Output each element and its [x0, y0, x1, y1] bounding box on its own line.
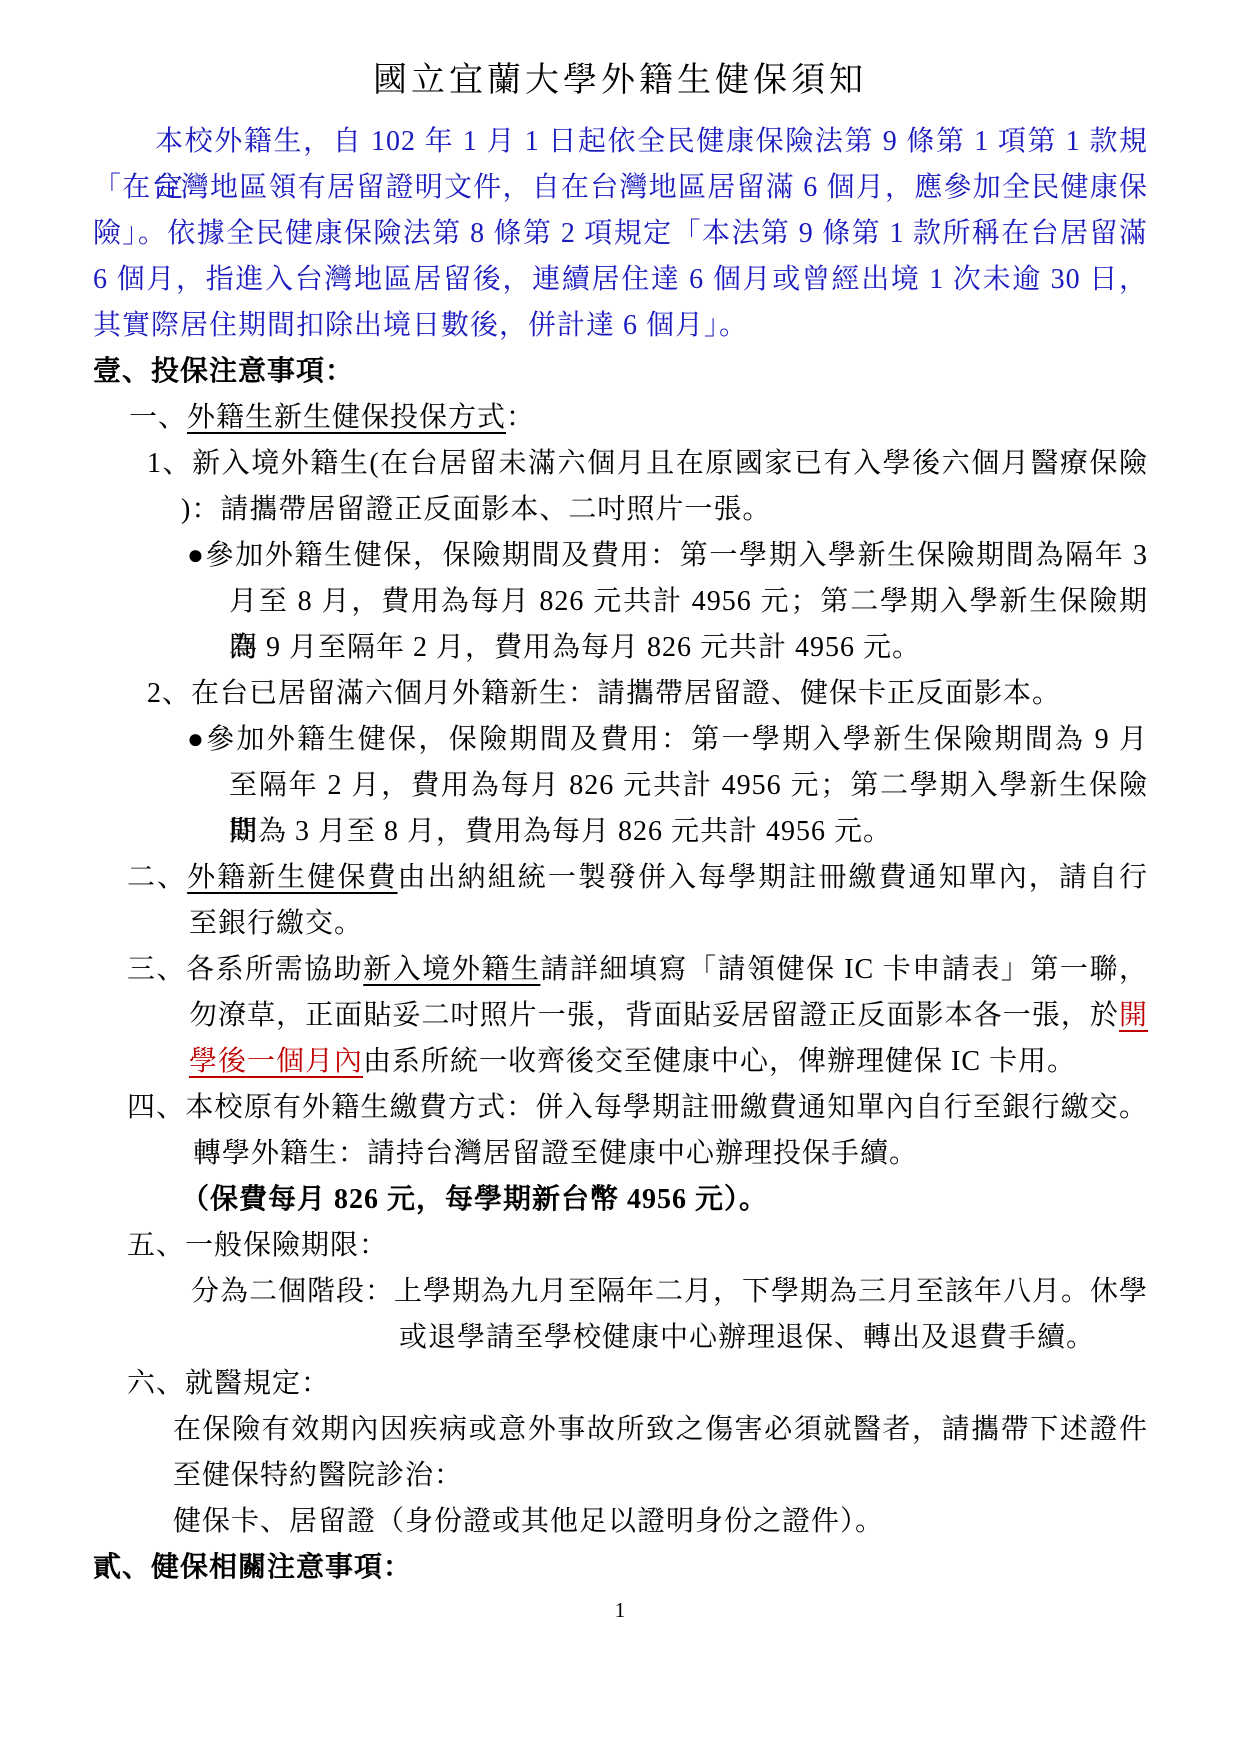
item-5-line-1: 分為二個階段：上學期為九月至隔年二月，下學期為三月至該年八月。休學: [93, 1269, 1148, 1315]
text-segment: 其實際居住期間扣除出境日數後，併計達 6 個月」。: [93, 310, 748, 341]
text-segment: 二、: [127, 862, 187, 893]
page-title: 國立宜蘭大學外籍生健保須知: [0, 52, 1240, 101]
intro-line-1: 本校外籍生，自 102 年 1 月 1 日起依全民健康保險法第 9 條第 1 項…: [93, 119, 1148, 165]
text-segment: 由系所統一收齊後交至健康中心，俾辦理健保 IC 卡用。: [363, 1046, 1076, 1077]
text-segment: 六、就醫規定：: [127, 1368, 330, 1399]
intro-line-4: 6 個月，指進入台灣地區居留後，連續居住達 6 個月或曾經出境 1 次未逾 30…: [93, 257, 1148, 303]
text-segment: 請詳細填寫「請領健保 IC 卡申請表」第一聯，: [540, 954, 1148, 985]
item-1-1-bullet-line-1: ●參加外籍生健保，保險期間及費用：第一學期入學新生保險期間為隔年 3: [93, 533, 1148, 579]
item-4-line-1: 四、本校原有外籍生繳費方式：併入每學期註冊繳費通知單內自行至銀行繳交。: [93, 1085, 1148, 1131]
text-segment: 6 個月，指進入台灣地區居留後，連續居住達 6 個月或曾經出境 1 次未逾 30…: [93, 264, 1148, 295]
text-segment: 四、本校原有外籍生繳費方式：併入每學期註冊繳費通知單內自行至銀行繳交。: [127, 1092, 1148, 1123]
intro-line-3: 險」。依據全民健康保險法第 8 條第 2 項規定「本法第 9 條第 1 款所稱在…: [93, 211, 1148, 257]
text-segment: ●參加外籍生健保，保險期間及費用：第一學期入學新生保險期間為隔年 3: [187, 540, 1148, 571]
item-2-line-2: 至銀行繳交。: [93, 901, 1148, 947]
document-lines: 本校外籍生，自 102 年 1 月 1 日起依全民健康保險法第 9 條第 1 項…: [93, 119, 1148, 1591]
text-segment: 至銀行繳交。: [189, 908, 363, 939]
item-3-line-2: 勿潦草，正面貼妥二吋照片一張，背面貼妥居留證正反面影本各一張，於開: [93, 993, 1148, 1039]
text-segment: 1、新入境外籍生(在台居留未滿六個月且在原國家已有入學後六個月醫療保險: [147, 448, 1148, 479]
text-segment: （保費每月 826 元，每學期新台幣 4956 元）。: [181, 1184, 768, 1215]
item-1-2-line-1: 2、在台已居留滿六個月外籍新生：請攜帶居留證、健保卡正反面影本。: [93, 671, 1148, 717]
item-6-line-2: 至健保特約醫院診治：: [93, 1453, 1148, 1499]
text-segment: 在保險有效期內因疾病或意外事故所致之傷害必須就醫者，請攜帶下述證件: [173, 1414, 1148, 1445]
text-segment: 間為 3 月至 8 月，費用為每月 826 元共計 4956 元。: [229, 816, 892, 847]
text-segment: 或退學請至學校健康中心辦理退保、轉出及退費手續。: [399, 1322, 1095, 1353]
text-segment: ：: [506, 402, 535, 433]
intro-line-5: 其實際居住期間扣除出境日數後，併計達 6 個月」。: [93, 303, 1148, 349]
text-segment: 險」。依據全民健康保險法第 8 條第 2 項規定「本法第 9 條第 1 款所稱在…: [93, 218, 1148, 249]
text-segment: 外籍生新生健保投保方式: [187, 402, 506, 433]
text-segment: 貳、健保相關注意事項：: [93, 1552, 412, 1583]
text-segment: )：請攜帶居留證正反面影本、二吋照片一張。: [181, 494, 771, 525]
item-1-2-bullet-line-2: 至隔年 2 月，費用為每月 826 元共計 4956 元；第二學期入學新生保險期: [93, 763, 1148, 809]
item-1-header: 一、外籍生新生健保投保方式：: [93, 395, 1148, 441]
text-segment: 五、一般保險期限：: [127, 1230, 388, 1261]
section-1-header: 壹、投保注意事項：: [93, 349, 1148, 395]
item-6-line-1: 在保險有效期內因疾病或意外事故所致之傷害必須就醫者，請攜帶下述證件: [93, 1407, 1148, 1453]
item-5-line-2: 或退學請至學校健康中心辦理退保、轉出及退費手續。: [93, 1315, 1148, 1361]
item-1-1-bullet-line-3: 為 9 月至隔年 2 月，費用為每月 826 元共計 4956 元。: [93, 625, 1148, 671]
item-4-line-2: 轉學外籍生：請持台灣居留證至健康中心辦理投保手續。: [93, 1131, 1148, 1177]
item-6-header: 六、就醫規定：: [93, 1361, 1148, 1407]
text-segment: 轉學外籍生：請持台灣居留證至健康中心辦理投保手續。: [193, 1138, 918, 1169]
item-1-1-line-2: )：請攜帶居留證正反面影本、二吋照片一張。: [93, 487, 1148, 533]
item-4-line-3: （保費每月 826 元，每學期新台幣 4956 元）。: [93, 1177, 1148, 1223]
text-segment: 2、在台已居留滿六個月外籍新生：請攜帶居留證、健保卡正反面影本。: [147, 678, 1061, 709]
intro-line-2: 「在台灣地區領有居留證明文件，自在台灣地區居留滿 6 個月，應參加全民健康保: [93, 165, 1148, 211]
text-segment: 勿潦草，正面貼妥二吋照片一張，背面貼妥居留證正反面影本各一張，於: [189, 1000, 1119, 1031]
text-segment: 一、: [129, 402, 187, 433]
text-segment: 「在台灣地區領有居留證明文件，自在台灣地區居留滿 6 個月，應參加全民健康保: [93, 172, 1148, 203]
item-3-line-3: 學後一個月內由系所統一收齊後交至健康中心，俾辦理健保 IC 卡用。: [93, 1039, 1148, 1085]
text-segment: 外籍新生健保費: [187, 862, 397, 893]
text-segment: ●參加外籍生健保，保險期間及費用：第一學期入學新生保險期間為 9 月: [187, 724, 1148, 755]
text-segment: 學後一個月內: [189, 1046, 363, 1077]
item-3-line-1: 三、各系所需協助新入境外籍生請詳細填寫「請領健保 IC 卡申請表」第一聯，: [93, 947, 1148, 993]
text-segment: 開: [1119, 1000, 1148, 1031]
page-number: 1: [0, 1598, 1240, 1623]
item-1-2-bullet-line-3: 間為 3 月至 8 月，費用為每月 826 元共計 4956 元。: [93, 809, 1148, 855]
item-2-line-1: 二、外籍新生健保費由出納組統一製發併入每學期註冊繳費通知單內，請自行: [93, 855, 1148, 901]
text-segment: 健保卡、居留證（身份證或其他足以證明身份之證件）。: [173, 1506, 884, 1537]
item-1-1-line-1: 1、新入境外籍生(在台居留未滿六個月且在原國家已有入學後六個月醫療保險: [93, 441, 1148, 487]
item-5-header: 五、一般保險期限：: [93, 1223, 1148, 1269]
text-segment: 分為二個階段：上學期為九月至隔年二月，下學期為三月至該年八月。休學: [191, 1276, 1148, 1307]
text-segment: 由出納組統一製發併入每學期註冊繳費通知單內，請自行: [398, 862, 1148, 893]
text-segment: 三、各系所需協助: [127, 954, 363, 985]
text-segment: 壹、投保注意事項：: [93, 356, 354, 387]
document-page: 國立宜蘭大學外籍生健保須知 本校外籍生，自 102 年 1 月 1 日起依全民健…: [0, 0, 1240, 1755]
text-segment: 至健保特約醫院診治：: [173, 1460, 463, 1491]
text-segment: 為 9 月至隔年 2 月，費用為每月 826 元共計 4956 元。: [229, 632, 921, 663]
item-1-2-bullet-line-1: ●參加外籍生健保，保險期間及費用：第一學期入學新生保險期間為 9 月: [93, 717, 1148, 763]
item-6-line-3: 健保卡、居留證（身份證或其他足以證明身份之證件）。: [93, 1499, 1148, 1545]
item-1-1-bullet-line-2: 月至 8 月，費用為每月 826 元共計 4956 元；第二學期入學新生保險期間: [93, 579, 1148, 625]
text-segment: 新入境外籍生: [363, 954, 540, 985]
section-2-header: 貳、健保相關注意事項：: [93, 1545, 1148, 1591]
